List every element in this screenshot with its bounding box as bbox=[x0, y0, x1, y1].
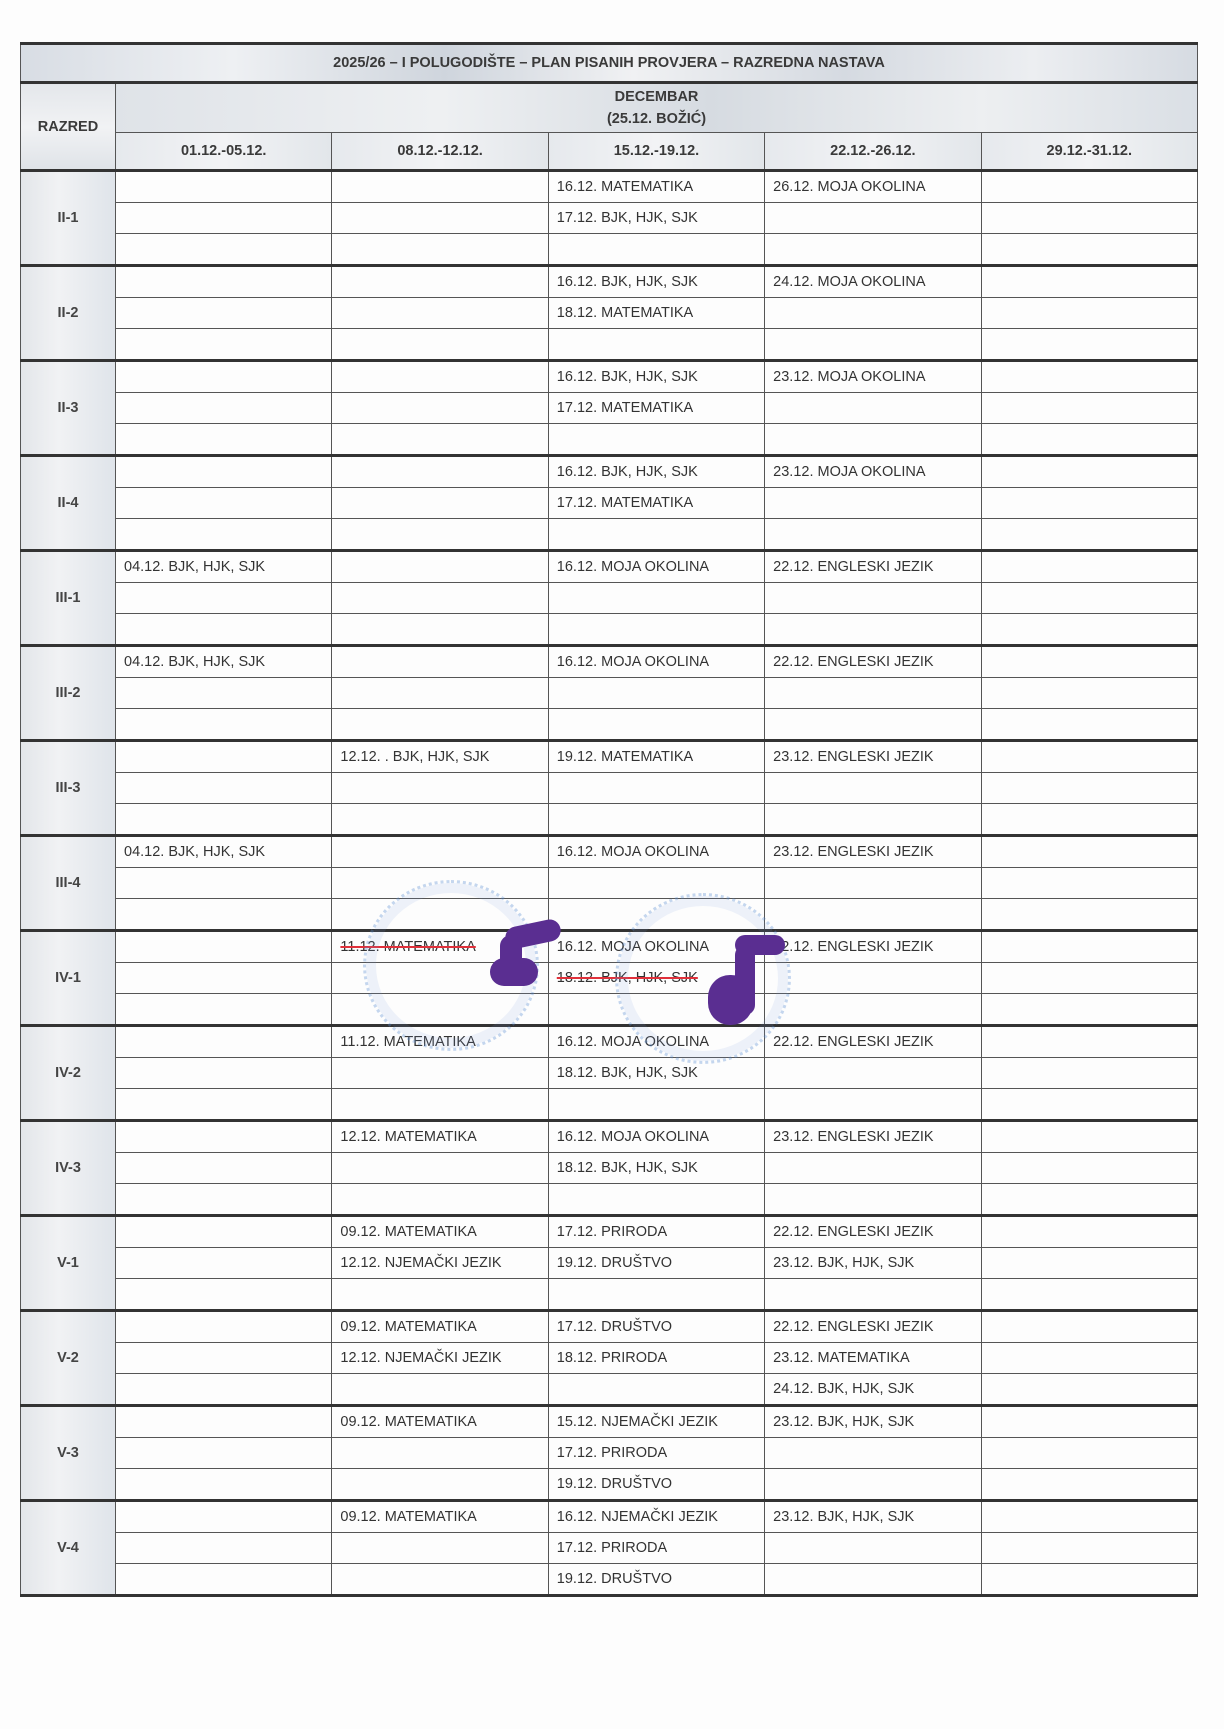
exam-entry: 24.12. BJK, HJK, SJK bbox=[773, 1381, 914, 1397]
table-row bbox=[21, 329, 1198, 361]
exam-cell bbox=[981, 1501, 1197, 1533]
table-row: IV-211.12. MATEMATIKA16.12. MOJA OKOLINA… bbox=[21, 1026, 1198, 1058]
exam-cell bbox=[548, 1374, 764, 1406]
exam-entry: 23.12. BJK, HJK, SJK bbox=[773, 1509, 914, 1525]
exam-cell: 18.12. MATEMATIKA bbox=[548, 298, 764, 329]
exam-cell bbox=[765, 1438, 981, 1469]
exam-entry: 09.12. MATEMATIKA bbox=[340, 1509, 476, 1525]
exam-entry: 19.12. DRUŠTVO bbox=[557, 1255, 672, 1271]
exam-cell: 12.12. NJEMAČKI JEZIK bbox=[332, 1248, 548, 1279]
exam-cell: 22.12. ENGLESKI JEZIK bbox=[765, 1026, 981, 1058]
exam-cell bbox=[332, 488, 548, 519]
exam-entry: 17.12. PRIRODA bbox=[557, 1224, 667, 1240]
exam-entry: 23.12. BJK, HJK, SJK bbox=[773, 1255, 914, 1271]
exam-cell bbox=[981, 614, 1197, 646]
table-row: V-409.12. MATEMATIKA16.12. NJEMAČKI JEZI… bbox=[21, 1501, 1198, 1533]
exam-cell bbox=[116, 488, 332, 519]
exam-plan-sheet: 2025/26 – I POLUGODIŠTE – PLAN PISANIH P… bbox=[20, 42, 1198, 1597]
exam-cell: 26.12. MOJA OKOLINA bbox=[765, 171, 981, 203]
exam-cell bbox=[765, 519, 981, 551]
exam-cell bbox=[981, 1279, 1197, 1311]
class-label: IV-1 bbox=[21, 931, 116, 1026]
exam-cell bbox=[116, 1533, 332, 1564]
exam-cell: 19.12. DRUŠTVO bbox=[548, 1248, 764, 1279]
exam-cell bbox=[981, 583, 1197, 614]
exam-cell bbox=[116, 266, 332, 298]
exam-entry: 12.12. NJEMAČKI JEZIK bbox=[340, 1350, 501, 1366]
exam-cell bbox=[116, 931, 332, 963]
exam-entry: 17.12. MATEMATIKA bbox=[557, 400, 693, 416]
exam-cell: 22.12. ENGLESKI JEZIK bbox=[765, 931, 981, 963]
exam-cell: 17.12. PRIRODA bbox=[548, 1216, 764, 1248]
exam-cell bbox=[981, 646, 1197, 678]
exam-cell: 16.12. BJK, HJK, SJK bbox=[548, 266, 764, 298]
exam-entry: 09.12. MATEMATIKA bbox=[340, 1224, 476, 1240]
exam-cell bbox=[981, 931, 1197, 963]
exam-cell: 16.12. MATEMATIKA bbox=[548, 171, 764, 203]
exam-cell bbox=[981, 266, 1197, 298]
table-row: 12.12. NJEMAČKI JEZIK19.12. DRUŠTVO23.12… bbox=[21, 1248, 1198, 1279]
class-label: IV-3 bbox=[21, 1121, 116, 1216]
exam-cell bbox=[981, 1343, 1197, 1374]
exam-cell bbox=[332, 393, 548, 424]
exam-cell: 09.12. MATEMATIKA bbox=[332, 1406, 548, 1438]
exam-entry: 23.12. MATEMATIKA bbox=[773, 1350, 909, 1366]
exam-cell bbox=[116, 456, 332, 488]
table-row: II-216.12. BJK, HJK, SJK24.12. MOJA OKOL… bbox=[21, 266, 1198, 298]
exam-cell bbox=[981, 1374, 1197, 1406]
exam-cell bbox=[981, 393, 1197, 424]
exam-cell bbox=[981, 1406, 1197, 1438]
table-row: II-116.12. MATEMATIKA26.12. MOJA OKOLINA bbox=[21, 171, 1198, 203]
exam-cell bbox=[116, 1248, 332, 1279]
exam-entry: 16.12. MOJA OKOLINA bbox=[557, 1129, 709, 1145]
exam-cell bbox=[765, 899, 981, 931]
exam-entry: 11.12. MATEMATIKA bbox=[340, 1034, 475, 1050]
exam-entry: 22.12. ENGLESKI JEZIK bbox=[773, 559, 933, 575]
exam-cell bbox=[765, 994, 981, 1026]
table-row bbox=[21, 583, 1198, 614]
table-row: 18.12. MATEMATIKA bbox=[21, 298, 1198, 329]
week-header: 08.12.-12.12. bbox=[332, 133, 548, 171]
exam-cell: 16.12. BJK, HJK, SJK bbox=[548, 361, 764, 393]
exam-cell bbox=[116, 1058, 332, 1089]
exam-cell: 15.12. NJEMAČKI JEZIK bbox=[548, 1406, 764, 1438]
exam-cell bbox=[981, 1184, 1197, 1216]
exam-entry: 24.12. MOJA OKOLINA bbox=[773, 274, 925, 290]
class-label: IV-2 bbox=[21, 1026, 116, 1121]
exam-entry: 17.12. PRIRODA bbox=[557, 1445, 667, 1461]
exam-entry: 18.12. BJK, HJK, SJK bbox=[557, 1065, 698, 1081]
exam-cell bbox=[332, 298, 548, 329]
exam-entry: 17.12. PRIRODA bbox=[557, 1540, 667, 1556]
exam-cell bbox=[548, 804, 764, 836]
exam-cell: 04.12. BJK, HJK, SJK bbox=[116, 836, 332, 868]
exam-cell bbox=[116, 1279, 332, 1311]
exam-cell: 16.12. MOJA OKOLINA bbox=[548, 1026, 764, 1058]
exam-cell: 09.12. MATEMATIKA bbox=[332, 1501, 548, 1533]
exam-cell bbox=[548, 678, 764, 709]
exam-cell bbox=[981, 488, 1197, 519]
table-row: 18.12. BJK, HJK, SJK bbox=[21, 1153, 1198, 1184]
exam-cell: 17.12. PRIRODA bbox=[548, 1438, 764, 1469]
cancelled-exam-entry: 18.12. BJK, HJK, SJK bbox=[557, 970, 698, 986]
exam-cell bbox=[332, 361, 548, 393]
exam-entry: 18.12. BJK, HJK, SJK bbox=[557, 1160, 698, 1176]
exam-entry: 18.12. MATEMATIKA bbox=[557, 305, 693, 321]
exam-cell bbox=[332, 424, 548, 456]
exam-cell bbox=[116, 899, 332, 931]
exam-cell bbox=[116, 868, 332, 899]
exam-cell bbox=[981, 203, 1197, 234]
exam-cell bbox=[548, 994, 764, 1026]
table-row: 17.12. BJK, HJK, SJK bbox=[21, 203, 1198, 234]
exam-cell bbox=[332, 1153, 548, 1184]
exam-entry: 23.12. MOJA OKOLINA bbox=[773, 464, 925, 480]
table-row bbox=[21, 804, 1198, 836]
table-row: 18.12. BJK, HJK, SJK bbox=[21, 963, 1198, 994]
exam-cell: 24.12. BJK, HJK, SJK bbox=[765, 1374, 981, 1406]
exam-cell bbox=[981, 836, 1197, 868]
exam-cell bbox=[116, 1089, 332, 1121]
exam-cell bbox=[981, 1533, 1197, 1564]
exam-entry: 16.12. MOJA OKOLINA bbox=[557, 1034, 709, 1050]
exam-cell: 18.12. BJK, HJK, SJK bbox=[548, 1058, 764, 1089]
exam-cell bbox=[981, 773, 1197, 804]
exam-cell bbox=[981, 1438, 1197, 1469]
exam-entry: 16.12. MOJA OKOLINA bbox=[557, 844, 709, 860]
exam-cell: 18.12. BJK, HJK, SJK bbox=[548, 1153, 764, 1184]
exam-cell bbox=[332, 1184, 548, 1216]
exam-cell bbox=[981, 1058, 1197, 1089]
exam-cell bbox=[116, 1184, 332, 1216]
exam-cell bbox=[981, 171, 1197, 203]
table-row bbox=[21, 1184, 1198, 1216]
table-row: III-104.12. BJK, HJK, SJK16.12. MOJA OKO… bbox=[21, 551, 1198, 583]
exam-cell bbox=[981, 329, 1197, 361]
exam-entry: 22.12. ENGLESKI JEZIK bbox=[773, 1034, 933, 1050]
exam-cell: 16.12. MOJA OKOLINA bbox=[548, 836, 764, 868]
table-row: II-316.12. BJK, HJK, SJK23.12. MOJA OKOL… bbox=[21, 361, 1198, 393]
exam-cell bbox=[765, 1153, 981, 1184]
class-label: V-2 bbox=[21, 1311, 116, 1406]
document-title: 2025/26 – I POLUGODIŠTE – PLAN PISANIH P… bbox=[21, 44, 1198, 83]
class-label: III-1 bbox=[21, 551, 116, 646]
exam-cell bbox=[548, 868, 764, 899]
table-row: V-209.12. MATEMATIKA17.12. DRUŠTVO22.12.… bbox=[21, 1311, 1198, 1343]
exam-cell bbox=[981, 709, 1197, 741]
exam-cell bbox=[332, 868, 548, 899]
table-row: II-416.12. BJK, HJK, SJK23.12. MOJA OKOL… bbox=[21, 456, 1198, 488]
exam-cell bbox=[548, 614, 764, 646]
exam-entry: 18.12. PRIRODA bbox=[557, 1350, 667, 1366]
table-row bbox=[21, 234, 1198, 266]
exam-cell bbox=[332, 329, 548, 361]
razred-header: RAZRED bbox=[21, 83, 116, 171]
exam-cell bbox=[981, 234, 1197, 266]
week-header: 15.12.-19.12. bbox=[548, 133, 764, 171]
exam-cell bbox=[981, 1026, 1197, 1058]
table-row: 12.12. NJEMAČKI JEZIK18.12. PRIRODA23.12… bbox=[21, 1343, 1198, 1374]
exam-cell bbox=[332, 899, 548, 931]
week-header: 29.12.-31.12. bbox=[981, 133, 1197, 171]
exam-cell: 12.12. NJEMAČKI JEZIK bbox=[332, 1343, 548, 1374]
table-row bbox=[21, 424, 1198, 456]
exam-cell bbox=[548, 1089, 764, 1121]
exam-cell: 04.12. BJK, HJK, SJK bbox=[116, 646, 332, 678]
exam-cell bbox=[548, 773, 764, 804]
exam-cell bbox=[981, 1153, 1197, 1184]
exam-cell bbox=[981, 456, 1197, 488]
exam-cell bbox=[116, 519, 332, 551]
exam-entry: 16.12. NJEMAČKI JEZIK bbox=[557, 1509, 718, 1525]
exam-cell bbox=[116, 1374, 332, 1406]
table-row bbox=[21, 1089, 1198, 1121]
exam-cell: 16.12. NJEMAČKI JEZIK bbox=[548, 1501, 764, 1533]
exam-cell bbox=[981, 1216, 1197, 1248]
exam-cell bbox=[765, 1564, 981, 1596]
exam-cell bbox=[765, 1089, 981, 1121]
exam-cell bbox=[765, 1184, 981, 1216]
exam-cell bbox=[116, 234, 332, 266]
exam-entry: 22.12. ENGLESKI JEZIK bbox=[773, 1224, 933, 1240]
exam-cell: 19.12. DRUŠTVO bbox=[548, 1469, 764, 1501]
exam-entry: 16.12. MOJA OKOLINA bbox=[557, 939, 709, 955]
exam-cell bbox=[765, 804, 981, 836]
exam-cell: 09.12. MATEMATIKA bbox=[332, 1216, 548, 1248]
exam-entry: 19.12. DRUŠTVO bbox=[557, 1571, 672, 1587]
exam-cell bbox=[332, 678, 548, 709]
exam-cell bbox=[765, 329, 981, 361]
exam-cell: 11.12. MATEMATIKA bbox=[332, 931, 548, 963]
week-header-row: 01.12.-05.12.08.12.-12.12.15.12.-19.12.2… bbox=[21, 133, 1198, 171]
exam-cell bbox=[548, 709, 764, 741]
exam-cell bbox=[765, 868, 981, 899]
class-label: V-1 bbox=[21, 1216, 116, 1311]
exam-entry: 22.12. ENGLESKI JEZIK bbox=[773, 654, 933, 670]
table-row: 17.12. MATEMATIKA bbox=[21, 393, 1198, 424]
holiday-note: (25.12. BOŽIĆ) bbox=[124, 108, 1189, 130]
exam-cell bbox=[981, 994, 1197, 1026]
exam-cell bbox=[765, 1469, 981, 1501]
exam-cell: 23.12. MOJA OKOLINA bbox=[765, 361, 981, 393]
exam-cell bbox=[765, 709, 981, 741]
exam-cell bbox=[765, 1279, 981, 1311]
exam-entry: 23.12. ENGLESKI JEZIK bbox=[773, 749, 933, 765]
class-label: V-3 bbox=[21, 1406, 116, 1501]
table-row: 24.12. BJK, HJK, SJK bbox=[21, 1374, 1198, 1406]
exam-cell bbox=[332, 709, 548, 741]
exam-cell bbox=[332, 583, 548, 614]
exam-cell bbox=[332, 963, 548, 994]
exam-cell: 12.12. MATEMATIKA bbox=[332, 1121, 548, 1153]
exam-entry: 19.12. MATEMATIKA bbox=[557, 749, 693, 765]
exam-entry: 16.12. MOJA OKOLINA bbox=[557, 654, 709, 670]
cancelled-exam-entry: 11.12. MATEMATIKA bbox=[340, 939, 475, 955]
table-row: 18.12. BJK, HJK, SJK bbox=[21, 1058, 1198, 1089]
exam-cell bbox=[332, 1469, 548, 1501]
exam-cell bbox=[548, 329, 764, 361]
exam-cell bbox=[981, 1121, 1197, 1153]
exam-cell: 17.12. BJK, HJK, SJK bbox=[548, 203, 764, 234]
table-row: 17.12. PRIRODA bbox=[21, 1533, 1198, 1564]
exam-cell: 23.12. MOJA OKOLINA bbox=[765, 456, 981, 488]
exam-cell bbox=[981, 361, 1197, 393]
exam-cell bbox=[116, 773, 332, 804]
table-row: V-109.12. MATEMATIKA17.12. PRIRODA22.12.… bbox=[21, 1216, 1198, 1248]
exam-cell: 11.12. MATEMATIKA bbox=[332, 1026, 548, 1058]
exam-cell bbox=[332, 836, 548, 868]
exam-entry: 15.12. NJEMAČKI JEZIK bbox=[557, 1414, 718, 1430]
table-row: V-309.12. MATEMATIKA15.12. NJEMAČKI JEZI… bbox=[21, 1406, 1198, 1438]
class-label: II-1 bbox=[21, 171, 116, 266]
exam-cell bbox=[981, 1469, 1197, 1501]
exam-cell bbox=[765, 203, 981, 234]
exam-cell bbox=[765, 583, 981, 614]
exam-cell bbox=[548, 1279, 764, 1311]
class-label: V-4 bbox=[21, 1501, 116, 1596]
exam-cell bbox=[116, 1469, 332, 1501]
exam-cell bbox=[765, 424, 981, 456]
exam-cell bbox=[981, 1089, 1197, 1121]
exam-cell: 16.12. MOJA OKOLINA bbox=[548, 551, 764, 583]
class-label: III-2 bbox=[21, 646, 116, 741]
exam-cell bbox=[548, 899, 764, 931]
exam-cell: 22.12. ENGLESKI JEZIK bbox=[765, 551, 981, 583]
exam-cell bbox=[116, 1026, 332, 1058]
exam-cell bbox=[765, 614, 981, 646]
table-row: IV-312.12. MATEMATIKA16.12. MOJA OKOLINA… bbox=[21, 1121, 1198, 1153]
exam-cell: 18.12. BJK, HJK, SJK bbox=[548, 963, 764, 994]
table-row bbox=[21, 678, 1198, 709]
exam-cell: 23.12. BJK, HJK, SJK bbox=[765, 1248, 981, 1279]
exam-cell bbox=[116, 329, 332, 361]
exam-cell: 23.12. MATEMATIKA bbox=[765, 1343, 981, 1374]
exam-cell bbox=[116, 171, 332, 203]
exam-entry: 12.12. NJEMAČKI JEZIK bbox=[340, 1255, 501, 1271]
exam-cell bbox=[332, 171, 548, 203]
table-row: 17.12. PRIRODA bbox=[21, 1438, 1198, 1469]
exam-entry: 16.12. MOJA OKOLINA bbox=[557, 559, 709, 575]
exam-cell: 17.12. PRIRODA bbox=[548, 1533, 764, 1564]
exam-cell bbox=[765, 773, 981, 804]
exam-cell bbox=[116, 424, 332, 456]
plan-body: II-116.12. MATEMATIKA26.12. MOJA OKOLINA… bbox=[21, 171, 1198, 1596]
exam-entry: 17.12. BJK, HJK, SJK bbox=[557, 210, 698, 226]
exam-cell bbox=[116, 1121, 332, 1153]
exam-entry: 16.12. MATEMATIKA bbox=[557, 179, 693, 195]
exam-cell: 23.12. ENGLESKI JEZIK bbox=[765, 836, 981, 868]
exam-cell bbox=[981, 298, 1197, 329]
exam-cell bbox=[332, 1089, 548, 1121]
exam-cell bbox=[765, 488, 981, 519]
exam-cell bbox=[981, 1248, 1197, 1279]
exam-cell: 17.12. DRUŠTVO bbox=[548, 1311, 764, 1343]
exam-cell: 23.12. ENGLESKI JEZIK bbox=[765, 1121, 981, 1153]
exam-cell bbox=[116, 1406, 332, 1438]
exam-plan-table: 2025/26 – I POLUGODIŠTE – PLAN PISANIH P… bbox=[20, 42, 1198, 1597]
exam-cell: 16.12. MOJA OKOLINA bbox=[548, 931, 764, 963]
exam-cell: 22.12. ENGLESKI JEZIK bbox=[765, 1311, 981, 1343]
exam-cell bbox=[765, 298, 981, 329]
exam-cell bbox=[981, 678, 1197, 709]
exam-cell bbox=[116, 614, 332, 646]
exam-cell bbox=[332, 551, 548, 583]
table-row: 17.12. MATEMATIKA bbox=[21, 488, 1198, 519]
exam-cell: 16.12. MOJA OKOLINA bbox=[548, 1121, 764, 1153]
exam-cell: 23.12. BJK, HJK, SJK bbox=[765, 1501, 981, 1533]
exam-cell: 19.12. DRUŠTVO bbox=[548, 1564, 764, 1596]
exam-cell bbox=[116, 1216, 332, 1248]
exam-cell bbox=[116, 1501, 332, 1533]
exam-cell bbox=[332, 1533, 548, 1564]
exam-cell bbox=[116, 741, 332, 773]
exam-cell bbox=[116, 298, 332, 329]
exam-cell bbox=[116, 583, 332, 614]
class-label: II-4 bbox=[21, 456, 116, 551]
exam-entry: 17.12. DRUŠTVO bbox=[557, 1319, 672, 1335]
exam-cell bbox=[116, 678, 332, 709]
exam-cell: 16.12. MOJA OKOLINA bbox=[548, 646, 764, 678]
table-row bbox=[21, 994, 1198, 1026]
exam-entry: 04.12. BJK, HJK, SJK bbox=[124, 844, 265, 860]
exam-entry: 16.12. BJK, HJK, SJK bbox=[557, 274, 698, 290]
exam-cell bbox=[332, 1279, 548, 1311]
exam-entry: 16.12. BJK, HJK, SJK bbox=[557, 464, 698, 480]
exam-cell bbox=[116, 203, 332, 234]
table-row bbox=[21, 899, 1198, 931]
exam-entry: 17.12. MATEMATIKA bbox=[557, 495, 693, 511]
exam-entry: 22.12. ENGLESKI JEZIK bbox=[773, 1319, 933, 1335]
exam-cell bbox=[116, 994, 332, 1026]
class-label: III-4 bbox=[21, 836, 116, 931]
exam-cell bbox=[332, 1564, 548, 1596]
exam-entry: 23.12. ENGLESKI JEZIK bbox=[773, 844, 933, 860]
exam-cell: 16.12. BJK, HJK, SJK bbox=[548, 456, 764, 488]
week-header: 22.12.-26.12. bbox=[765, 133, 981, 171]
exam-cell bbox=[548, 1184, 764, 1216]
exam-cell: 23.12. BJK, HJK, SJK bbox=[765, 1406, 981, 1438]
exam-cell: 24.12. MOJA OKOLINA bbox=[765, 266, 981, 298]
exam-cell bbox=[981, 899, 1197, 931]
class-label: II-3 bbox=[21, 361, 116, 456]
exam-entry: 22.12. ENGLESKI JEZIK bbox=[773, 939, 933, 955]
exam-cell bbox=[116, 1153, 332, 1184]
exam-cell bbox=[116, 709, 332, 741]
exam-cell bbox=[548, 583, 764, 614]
exam-entry: 16.12. BJK, HJK, SJK bbox=[557, 369, 698, 385]
exam-cell bbox=[548, 234, 764, 266]
exam-cell bbox=[981, 551, 1197, 583]
exam-cell bbox=[981, 963, 1197, 994]
exam-cell bbox=[765, 1533, 981, 1564]
table-row bbox=[21, 614, 1198, 646]
exam-cell bbox=[332, 266, 548, 298]
exam-cell bbox=[981, 804, 1197, 836]
exam-cell: 17.12. MATEMATIKA bbox=[548, 393, 764, 424]
exam-cell bbox=[332, 456, 548, 488]
week-header: 01.12.-05.12. bbox=[116, 133, 332, 171]
class-label: II-2 bbox=[21, 266, 116, 361]
exam-cell bbox=[981, 868, 1197, 899]
table-row: 19.12. DRUŠTVO bbox=[21, 1564, 1198, 1596]
exam-cell bbox=[765, 1058, 981, 1089]
exam-cell bbox=[332, 773, 548, 804]
exam-entry: 12.12. . BJK, HJK, SJK bbox=[340, 749, 489, 765]
exam-cell bbox=[116, 1343, 332, 1374]
exam-entry: 19.12. DRUŠTVO bbox=[557, 1476, 672, 1492]
exam-entry: 23.12. ENGLESKI JEZIK bbox=[773, 1129, 933, 1145]
